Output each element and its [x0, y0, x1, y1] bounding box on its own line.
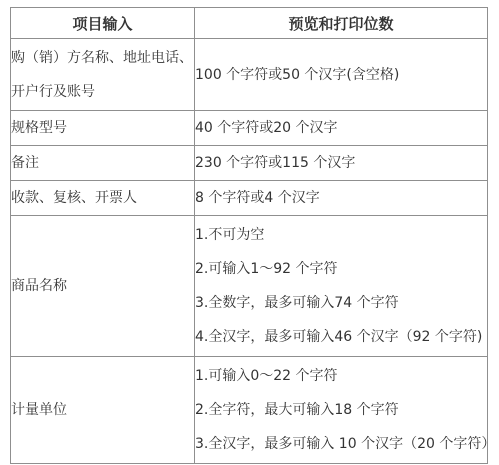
item-cell: 计量单位	[11, 357, 195, 464]
spec-line: 1.可输入0～22 个字符	[195, 359, 487, 393]
field-spec-table: 项目输入 预览和打印位数 购（销）方名称、地址电话、开户行及账号 100 个字符…	[10, 7, 488, 464]
header-item-input: 项目输入	[11, 8, 195, 39]
spec-line: 230 个字符或115 个汉字	[195, 146, 487, 180]
item-cell: 规格型号	[11, 111, 195, 146]
spec-line: 100 个字符或50 个汉字(含空格)	[195, 58, 487, 92]
table-row-product-name: 商品名称 1.不可为空 2.可输入1～92 个字符 3.全数字，最多可输入74 …	[11, 216, 488, 357]
spec-line: 3.全数字，最多可输入74 个字符	[195, 286, 487, 320]
spec-cell: 230 个字符或115 个汉字	[195, 146, 488, 181]
spec-line: 2.全字符，最大可输入18 个字符	[195, 393, 487, 427]
table-row-unit-of-measure: 计量单位 1.可输入0～22 个字符 2.全字符，最大可输入18 个字符 3.全…	[11, 357, 488, 464]
spec-cell: 100 个字符或50 个汉字(含空格)	[195, 39, 488, 111]
spec-cell: 40 个字符或20 个汉字	[195, 111, 488, 146]
spec-cell: 1.可输入0～22 个字符 2.全字符，最大可输入18 个字符 3.全汉字，最多…	[195, 357, 488, 464]
spec-line: 2.可输入1～92 个字符	[195, 252, 487, 286]
table-row-spec-model: 规格型号 40 个字符或20 个汉字	[11, 111, 488, 146]
spec-cell: 1.不可为空 2.可输入1～92 个字符 3.全数字，最多可输入74 个字符 4…	[195, 216, 488, 357]
spec-cell: 8 个字符或4 个汉字	[195, 181, 488, 216]
item-cell: 收款、复核、开票人	[11, 181, 195, 216]
spec-line: 1.不可为空	[195, 218, 487, 252]
spec-line: 3.全汉字，最多可输入 10 个汉字（20 个字符）	[195, 427, 487, 461]
spec-line: 8 个字符或4 个汉字	[195, 181, 487, 215]
spec-line: 40 个字符或20 个汉字	[195, 111, 487, 145]
table-row-remarks: 备注 230 个字符或115 个汉字	[11, 146, 488, 181]
item-cell: 购（销）方名称、地址电话、开户行及账号	[11, 39, 195, 111]
item-cell: 备注	[11, 146, 195, 181]
item-cell: 商品名称	[11, 216, 195, 357]
header-row: 项目输入 预览和打印位数	[11, 8, 488, 39]
table-row-payee-reviewer-drawer: 收款、复核、开票人 8 个字符或4 个汉字	[11, 181, 488, 216]
spec-line: 4.全汉字，最多可输入46 个汉字（92 个字符)	[195, 320, 487, 354]
table-row-buyer-seller-info: 购（销）方名称、地址电话、开户行及账号 100 个字符或50 个汉字(含空格)	[11, 39, 488, 111]
header-preview-print-digits: 预览和打印位数	[195, 8, 488, 39]
